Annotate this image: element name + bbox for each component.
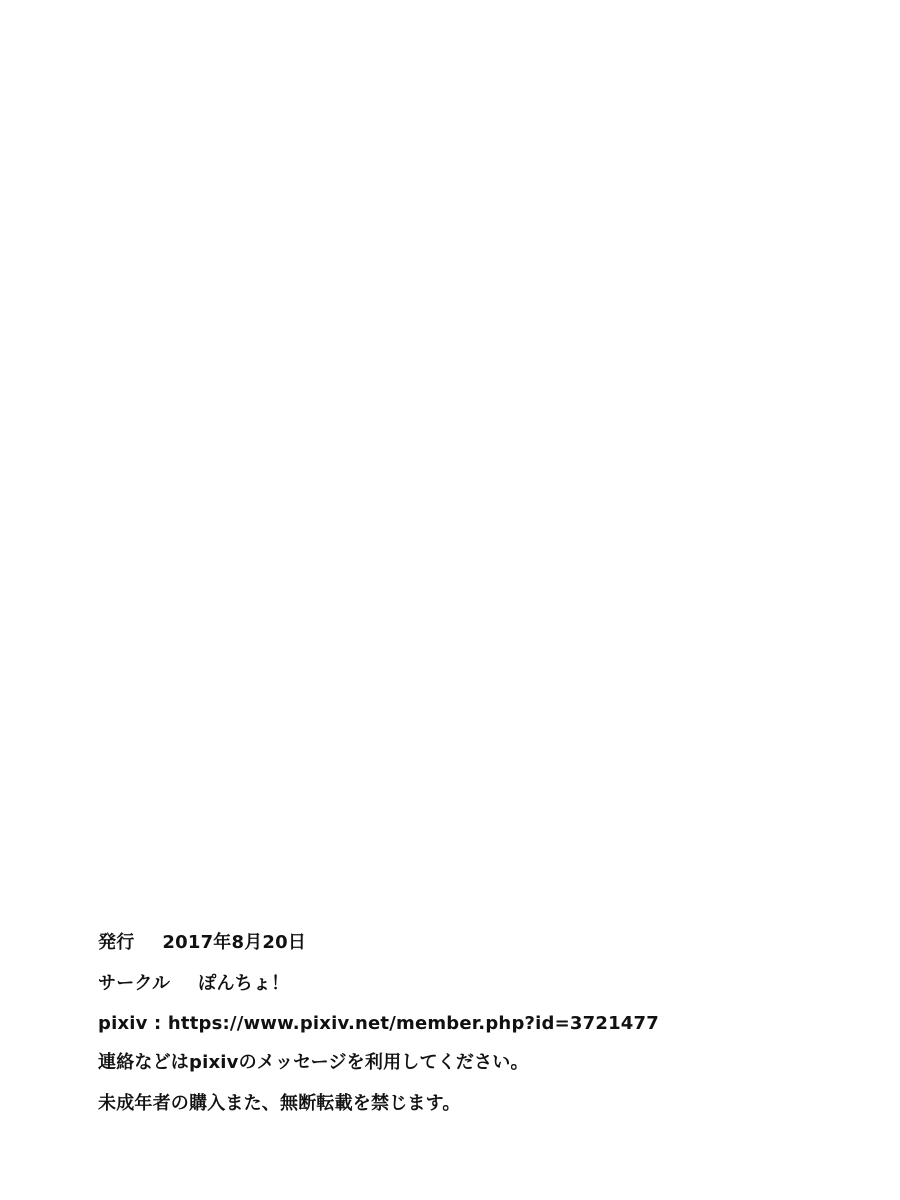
contact-note: 連絡などはpixivのメッセージを利用してください。: [98, 1049, 529, 1077]
circle-label: サークル: [98, 973, 170, 994]
pixiv-line: pixiv : https://www.pixiv.net/member.php…: [98, 1010, 659, 1038]
publish-date-line: 発行2017年8月20日: [98, 929, 306, 957]
circle-name: ぽんちょ！: [198, 973, 289, 994]
circle-line: サークルぽんちょ！: [98, 970, 289, 998]
publish-label: 発行: [98, 932, 134, 953]
pixiv-url: https://www.pixiv.net/member.php?id=3721…: [168, 1013, 659, 1034]
document-page: 発行2017年8月20日 サークルぽんちょ！ pixiv : https://w…: [0, 0, 900, 1200]
restriction-note: 未成年者の購入また、無断転載を禁じます。: [98, 1090, 461, 1118]
publish-date: 2017年8月20日: [162, 932, 306, 953]
pixiv-label: pixiv :: [98, 1013, 168, 1034]
